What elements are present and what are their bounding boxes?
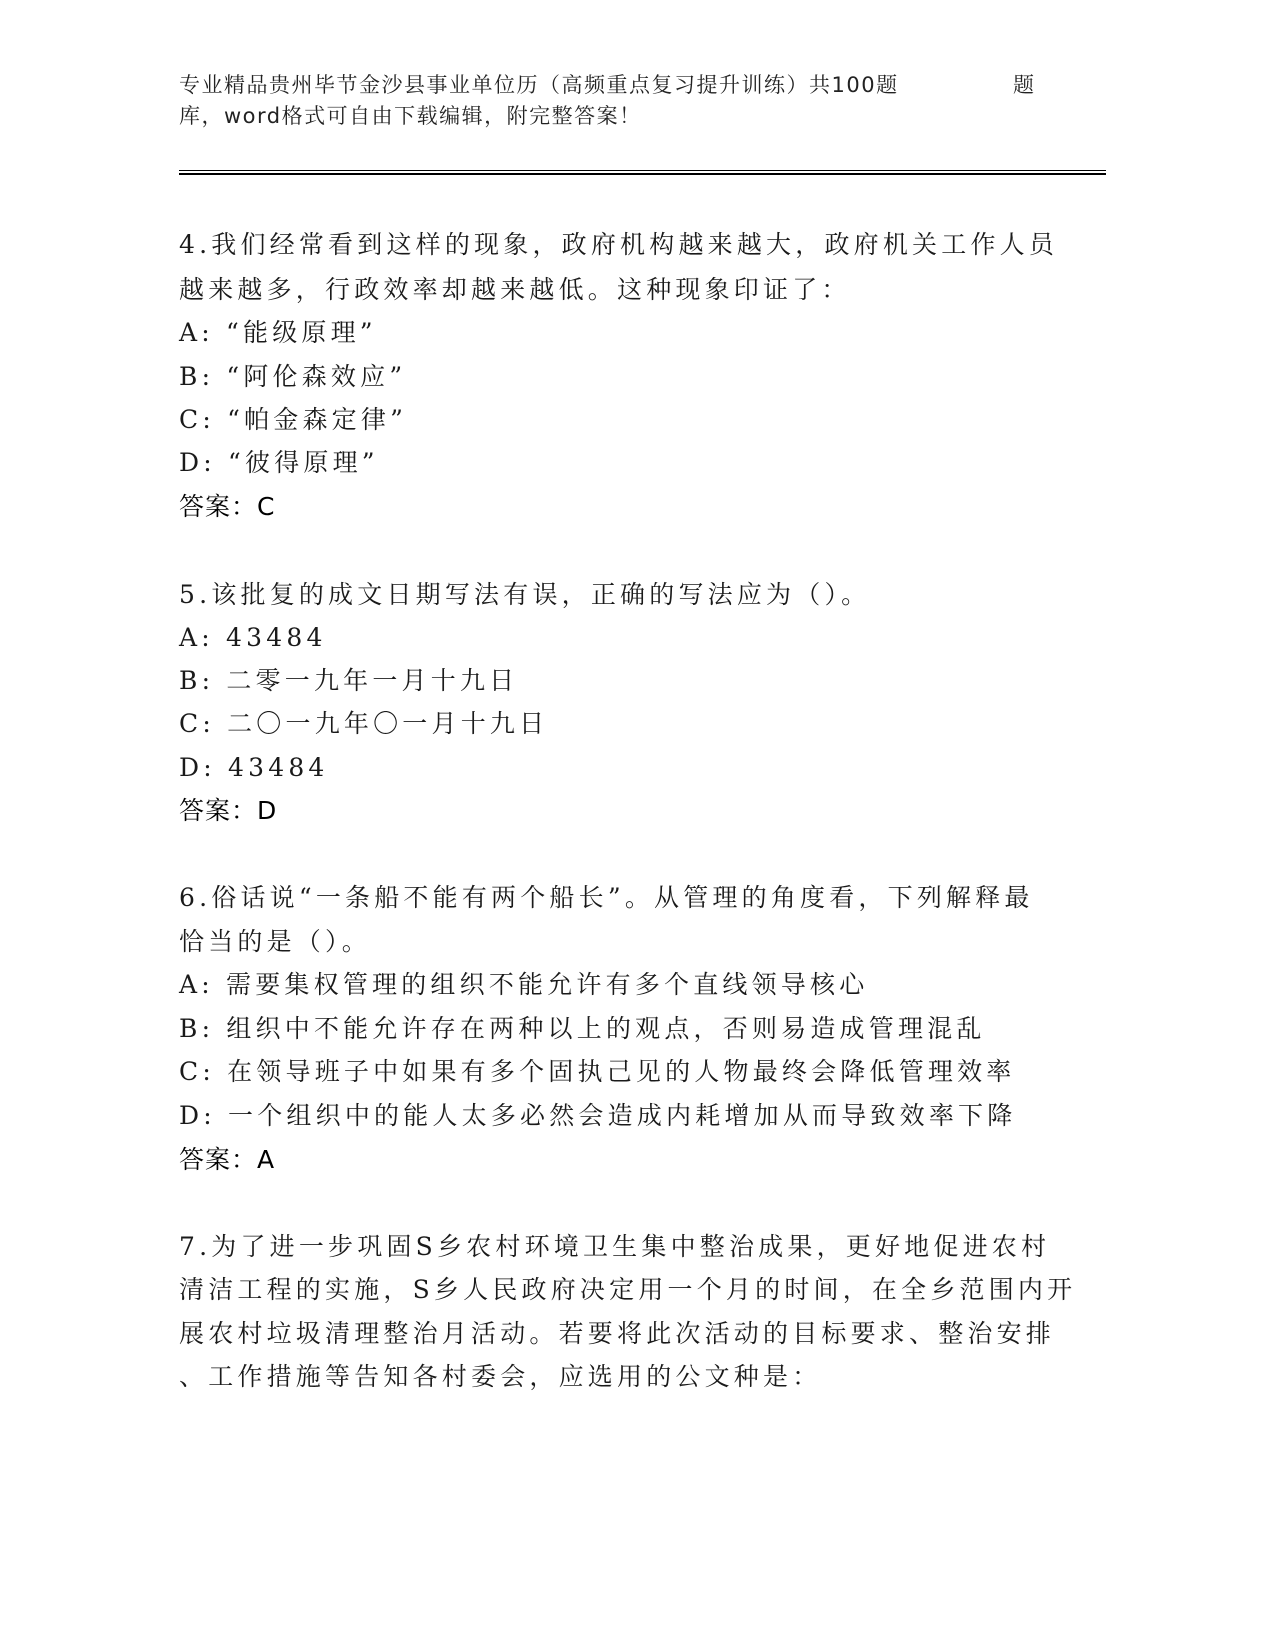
page-header: 专业精品贵州毕节金沙县事业单位历（高频重点复习提升训练）共100题 题 库，wo… — [179, 70, 1109, 132]
question-stem-line: 清洁工程的实施，S乡人民政府决定用一个月的时间，在全乡范围内开 — [179, 1275, 1076, 1305]
answer-label: 答案：D — [179, 796, 277, 826]
option-c: C: 二〇一九年〇一月十九日 — [179, 709, 548, 739]
option-d: D: 43484 — [179, 753, 329, 783]
answer-label: 答案：A — [179, 1145, 275, 1175]
question-stem-line: 5.该批复的成文日期写法有误，正确的写法应为（）。 — [179, 580, 870, 610]
header-rule-thin — [179, 170, 1106, 171]
question-stem-line: 恰当的是（）。 — [179, 927, 371, 957]
question-stem-line: 、工作措施等告知各村委会，应选用的公文种是： — [179, 1362, 821, 1392]
option-a: A: 43484 — [179, 623, 327, 653]
document-page: 专业精品贵州毕节金沙县事业单位历（高频重点复习提升训练）共100题 题 库，wo… — [0, 0, 1275, 1650]
answer-label: 答案：C — [179, 492, 275, 522]
option-b: B: 组织中不能允许存在两种以上的观点，否则易造成管理混乱 — [179, 1014, 986, 1044]
option-c: C: “帕金森定律” — [179, 405, 407, 435]
header-title-line-2: 库，word格式可自由下载编辑，附完整答案！ — [179, 101, 1109, 132]
header-title-text: 专业精品贵州毕节金沙县事业单位历（高频重点复习提升训练）共100题 — [179, 73, 899, 97]
option-a: A: 需要集权管理的组织不能允许有多个直线领导核心 — [179, 970, 868, 1000]
header-title-tail: 题 — [1013, 70, 1036, 101]
option-d: D: “彼得原理” — [179, 448, 379, 478]
question-stem-line: 越来越多，行政效率却越来越低。这种现象印证了： — [179, 275, 851, 305]
header-title-line-1: 专业精品贵州毕节金沙县事业单位历（高频重点复习提升训练）共100题 题 — [179, 70, 1109, 101]
option-a: A: “能级原理” — [179, 318, 377, 348]
header-rule-thick — [179, 173, 1106, 175]
question-stem-line: 展农村垃圾清理整治月活动。若要将此次活动的目标要求、整治安排 — [179, 1319, 1055, 1349]
question-stem-line: 7.为了进一步巩固S乡农村环境卫生集中整治成果，更好地促进农村 — [179, 1232, 1050, 1262]
option-b: B: “阿伦森效应” — [179, 362, 406, 392]
option-d: D: 一个组织中的能人太多必然会造成内耗增加从而导致效率下降 — [179, 1101, 1016, 1131]
option-c: C: 在领导班子中如果有多个固执己见的人物最终会降低管理效率 — [179, 1057, 1016, 1087]
option-b: B: 二零一九年一月十九日 — [179, 666, 518, 696]
question-stem-line: 4.我们经常看到这样的现象，政府机构越来越大，政府机关工作人员 — [179, 230, 1058, 260]
question-stem-line: 6.俗话说“一条船不能有两个船长”。从管理的角度看，下列解释最 — [179, 883, 1034, 913]
